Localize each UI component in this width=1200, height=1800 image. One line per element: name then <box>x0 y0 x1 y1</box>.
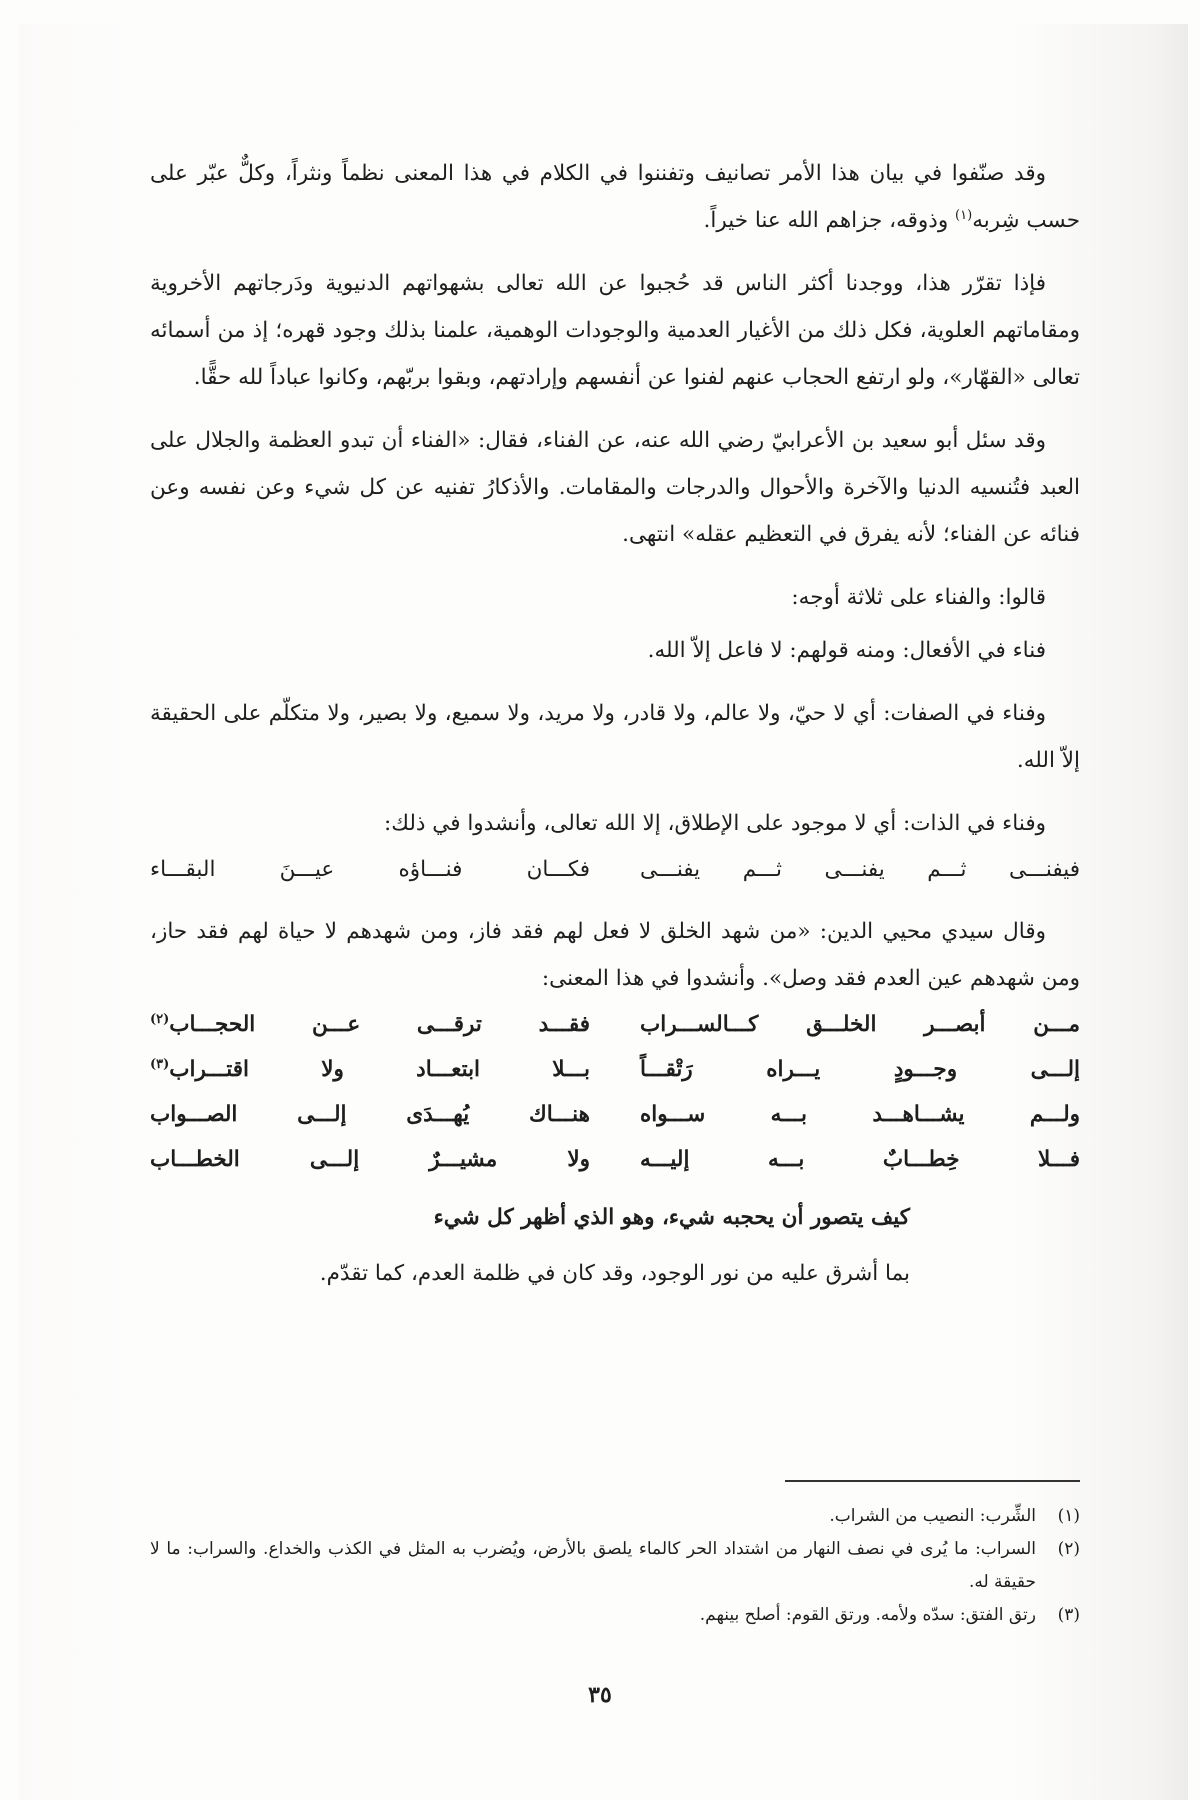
poem-verse-4-left: ولا مشيـــرٌ إلـــى الخطـــاب <box>150 1137 590 1182</box>
poem-verse-3-right: ولـــم يشـــاهـــد بـــه ســـواه <box>640 1092 1080 1137</box>
paragraph-fana-dhat: وفناء في الذات: أي لا موجود على الإطلاق،… <box>150 800 1080 847</box>
paragraph-1-line-1: وقد صنّفوا في بيان هذا الأمر تصانيف وتفن… <box>285 161 1046 186</box>
footnote-separator <box>785 1480 1080 1482</box>
footnote-2: (٢) السراب: ما يُرى في نصف النهار من اشت… <box>150 1533 1080 1599</box>
footnote-ref-3[interactable]: (٣) <box>150 1057 169 1072</box>
footnote-ref-1[interactable]: (١) <box>955 208 972 223</box>
page-number: ٣٥ <box>0 1682 1200 1708</box>
poem-verse-2-left: بـــلا ابتعـــاد ولا اقتـــراب(٣) <box>150 1047 590 1092</box>
closing-verse: كيف يتصور أن يحجبه شيء، وهو الذي أظهر كل… <box>150 1190 1080 1302</box>
footnote-text: رتق الفتق: سدّه ولأمه. ورتق القوم: أصلح … <box>150 1599 1036 1632</box>
footnote-number: (٢) <box>1036 1533 1080 1599</box>
poem-verse-3-left: هنـــاك يُهـــدَى إلـــى الصـــواب <box>150 1092 590 1137</box>
paragraph-1-tail: وذوقه، جزاهم الله عنا خيراً. <box>704 208 956 233</box>
footnote-number: (٣) <box>1036 1599 1080 1632</box>
verse-line-fana: فيفنـــى ثـــم يفنـــى ثـــم يفنـــى فكـ… <box>150 847 1080 892</box>
footnote-ref-2[interactable]: (٢) <box>150 1012 169 1027</box>
main-text: وقد صنّفوا في بيان هذا الأمر تصانيف وتفن… <box>150 150 1080 1302</box>
paragraph-fana-afal: فناء في الأفعال: ومنه قولهم: لا فاعل إلا… <box>150 627 1080 674</box>
verse-hemistich-left: فكـــان فنـــاؤه عيـــنَ البقـــاء <box>150 847 590 892</box>
poem-verse-2: إلـــى وجـــودٍ يـــراه رَتْقـــاً بـــل… <box>150 1047 1080 1092</box>
paragraph-fana-sifat: وفناء في الصفات: أي لا حيّ، ولا عالم، ول… <box>150 690 1080 784</box>
paragraph-1: وقد صنّفوا في بيان هذا الأمر تصانيف وتفن… <box>150 150 1080 244</box>
footnote-text: الشِّرب: النصيب من الشراب. <box>150 1500 1036 1533</box>
footnote-number: (١) <box>1036 1500 1080 1533</box>
poem-verse-4-right: فـــلا خِطـــابٌ بـــه إليـــه <box>640 1137 1080 1182</box>
closing-verse-line-2: بما أشرق عليه من نور الوجود، وقد كان في … <box>150 1246 910 1302</box>
poem-verse-1-left: فقـــد ترقـــى عـــن الحجـــاب(٢) <box>150 1002 590 1047</box>
closing-verse-line-1: كيف يتصور أن يحجبه شيء، وهو الذي أظهر كل… <box>150 1190 910 1246</box>
paragraph-3: وقد سئل أبو سعيد بن الأعرابيّ رضي الله ع… <box>150 417 1080 558</box>
footnote-1: (١) الشِّرب: النصيب من الشراب. <box>150 1500 1080 1533</box>
footnote-text: السراب: ما يُرى في نصف النهار من اشتداد … <box>150 1533 1036 1599</box>
paragraph-2: فإذا تقرّر هذا، ووجدنا أكثر الناس قد حُج… <box>150 260 1080 401</box>
poem-verse-2-left-text: بـــلا ابتعـــاد ولا اقتـــراب <box>169 1057 590 1082</box>
poem-verse-1: مـــن أبصـــر الخلـــق كـــالســـراب فقـ… <box>150 1002 1080 1047</box>
paragraph-three-aspects: قالوا: والفناء على ثلاثة أوجه: <box>150 574 1080 621</box>
poem-verse-2-right: إلـــى وجـــودٍ يـــراه رَتْقـــاً <box>640 1047 1080 1092</box>
footnotes: (١) الشِّرب: النصيب من الشراب. (٢) السرا… <box>150 1500 1080 1632</box>
footnote-3: (٣) رتق الفتق: سدّه ولأمه. ورتق القوم: أ… <box>150 1599 1080 1632</box>
paragraph-ibn-arabi: وقال سيدي محيي الدين: «من شهد الخلق لا ف… <box>150 908 1080 1002</box>
poem-verse-1-left-text: فقـــد ترقـــى عـــن الحجـــاب <box>169 1012 590 1037</box>
verse-hemistich-right: فيفنـــى ثـــم يفنـــى ثـــم يفنـــى <box>640 847 1080 892</box>
poem-verse-3: ولـــم يشـــاهـــد بـــه ســـواه هنـــاك… <box>150 1092 1080 1137</box>
poem-verse-1-right: مـــن أبصـــر الخلـــق كـــالســـراب <box>640 1002 1080 1047</box>
poem-verse-4: فـــلا خِطـــابٌ بـــه إليـــه ولا مشيــ… <box>150 1137 1080 1182</box>
